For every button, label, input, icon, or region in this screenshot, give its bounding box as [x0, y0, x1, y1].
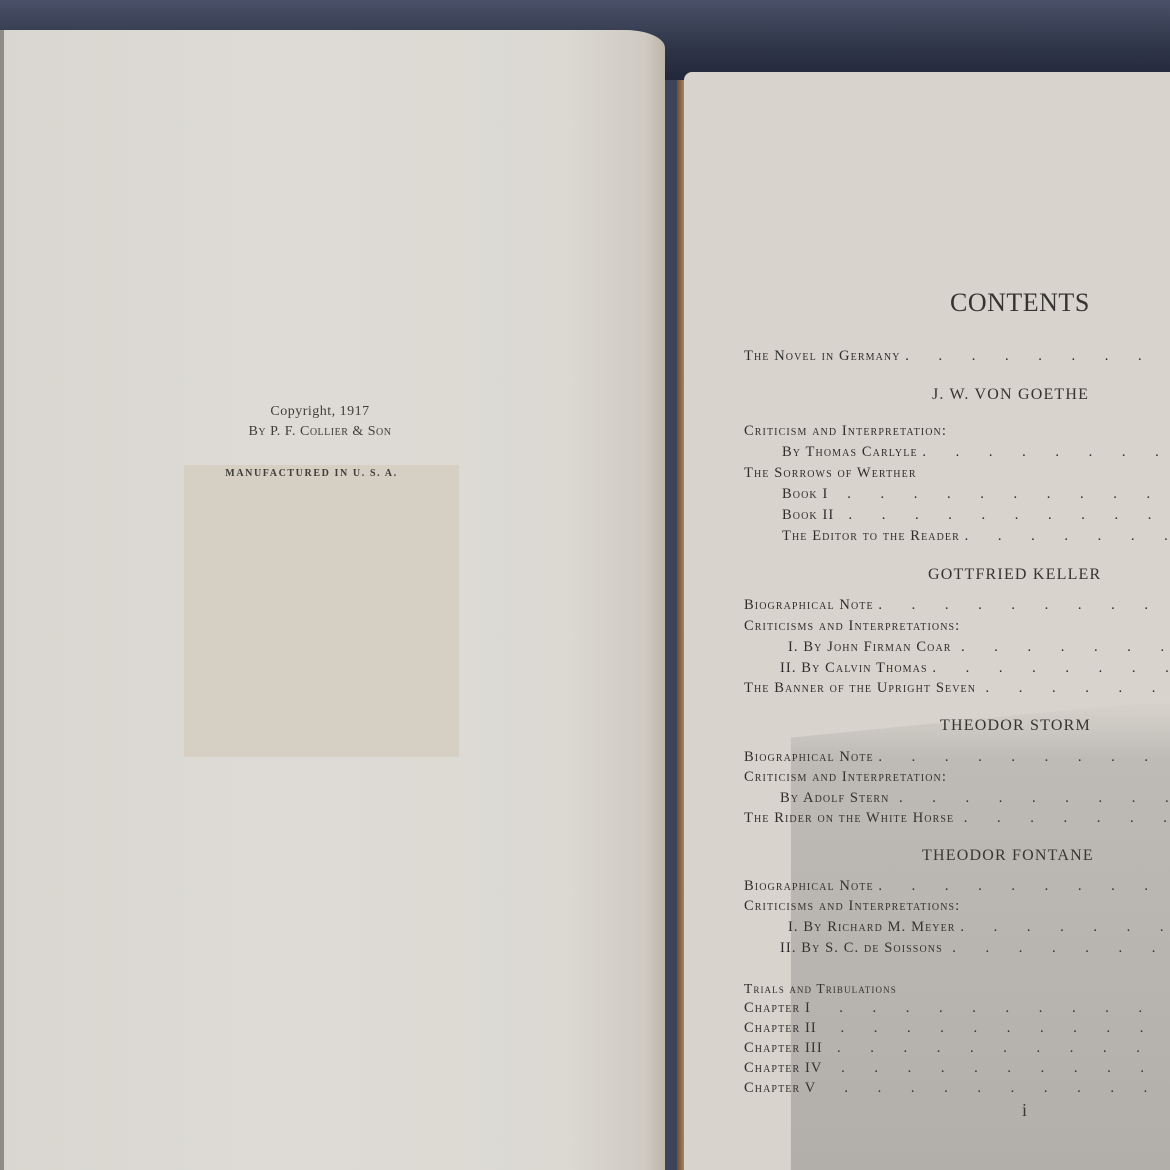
toc-entry: By Thomas Carlyle . . . . . . . . . . . … [782, 442, 1170, 462]
toc-entry: Biographical Note . . . . . . . . . . . … [744, 876, 1170, 896]
toc-entry: Chapter I . . . . . . . . . . . . . . . … [744, 998, 1170, 1018]
toc-entry: By Adolf Stern . . . . . . . . . . . . .… [780, 788, 1170, 808]
toc-entry: II. By Calvin Thomas . . . . . . . . . .… [780, 658, 1170, 678]
toc-entry: The Banner of the Upright Seven . . . . … [744, 678, 1170, 698]
copyright-publisher: By P. F. Collier & Son [180, 422, 460, 442]
author-heading: J. W. VON GOETHE [932, 386, 1089, 404]
contents-title: CONTENTS [950, 288, 1090, 318]
toc-entry: Biographical Note . . . . . . . . . . . … [744, 747, 1170, 767]
toc-entry: The Sorrows of Werther [744, 463, 1170, 483]
book-gutter [677, 80, 684, 1170]
toc-entry: Biographical Note . . . . . . . . . . . … [744, 595, 1170, 615]
toc-entry: I. By Richard M. Meyer . . . . . . . . .… [788, 917, 1170, 937]
toc-entry: Chapter V . . . . . . . . . . . . . . . … [744, 1078, 1170, 1098]
toc-entry: Trials and Tribulations [744, 979, 1170, 999]
author-heading: THEODOR FONTANE [922, 847, 1094, 865]
toc-entry: Chapter III . . . . . . . . . . . . . . … [744, 1038, 1170, 1058]
toc-entry: Criticism and Interpretation: [744, 767, 1170, 787]
toc-entry: Book I . . . . . . . . . . . . . . . . [782, 484, 1170, 504]
toc-entry: Chapter II . . . . . . . . . . . . . . .… [744, 1018, 1170, 1038]
manufactured-notice: MANUFACTURED IN U. S. A. [184, 468, 439, 479]
toc-entry: Criticism and Interpretation: [744, 421, 1170, 441]
copyright-notice: Copyright, 1917 By P. F. Collier & Son [180, 402, 460, 442]
toc-entry: I. By John Firman Coar . . . . . . . . .… [788, 637, 1170, 657]
toc-entry: Chapter IV . . . . . . . . . . . . . . .… [744, 1058, 1170, 1078]
faded-label-area [184, 465, 459, 757]
toc-entry: Book II . . . . . . . . . . . . . . . . [782, 505, 1170, 525]
toc-entry: II. By S. C. de Soissons . . . . . . . .… [780, 938, 1170, 958]
toc-entry: The Novel in Germany . . . . . . . . . .… [744, 346, 1170, 366]
toc-entry: Criticisms and Interpretations: [744, 616, 1170, 636]
author-heading: THEODOR STORM [940, 717, 1091, 735]
page-number: i [1022, 1100, 1027, 1121]
copyright-year: Copyright, 1917 [180, 402, 460, 422]
toc-entry: Criticisms and Interpretations: [744, 896, 1170, 916]
toc-entry: The Rider on the White Horse . . . . . .… [744, 808, 1170, 828]
toc-entry: The Editor to the Reader . . . . . . . .… [782, 526, 1170, 546]
author-heading: GOTTFRIED KELLER [928, 566, 1101, 584]
